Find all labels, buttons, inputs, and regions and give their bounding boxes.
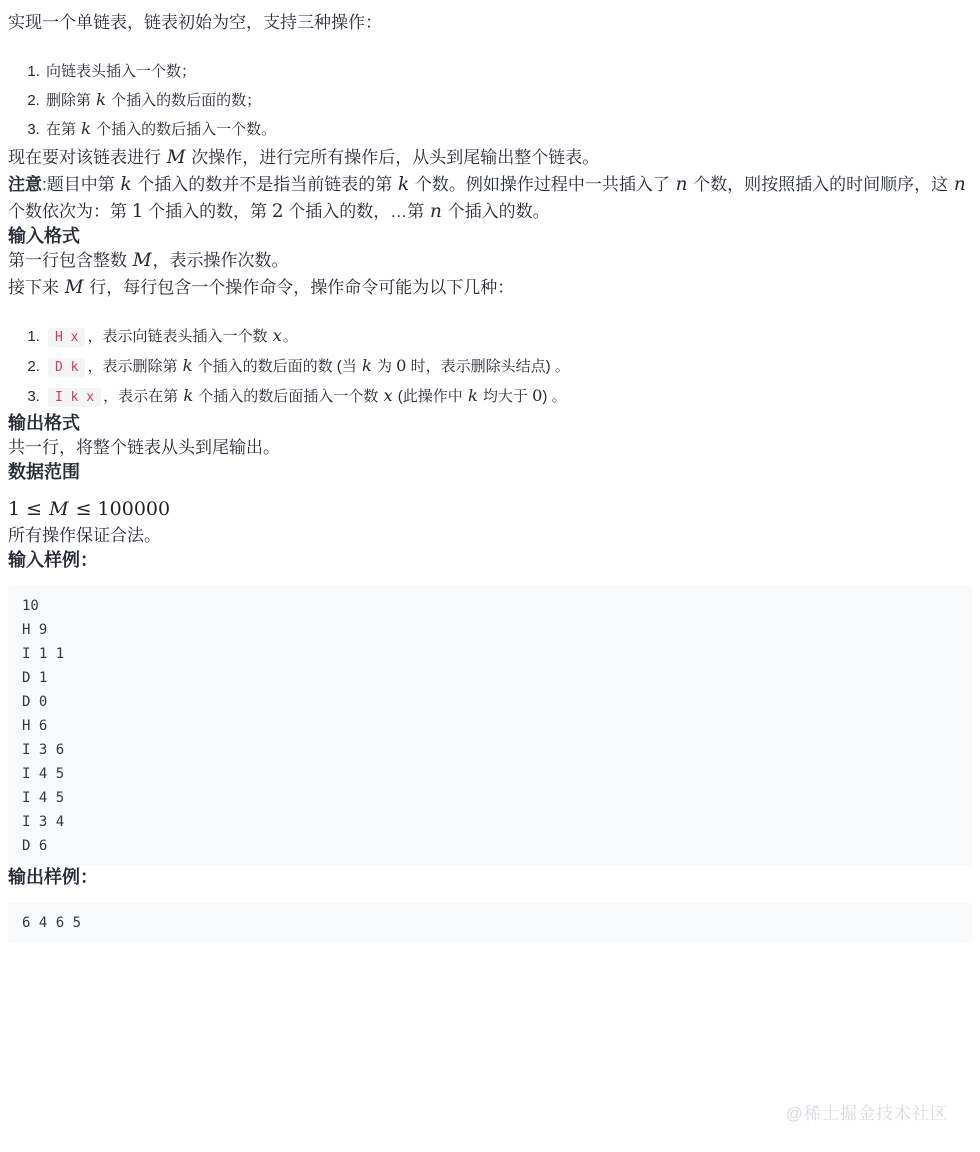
data-range-formula: 1 ≤ M ≤ 100000 [8,496,972,522]
math-numeral: 0 [396,356,406,375]
math-variable: M [64,277,85,298]
juejin-watermark: @稀土掘金技术社区 [786,1099,948,1124]
operations-list-item-1: 向链表头插入一个数； [44,58,972,86]
first-line-paragraph: 第一行包含整数 M，表示操作次数。 [8,247,972,274]
math-variable: n [953,174,967,195]
heading-output-format: 输出格式 [8,412,972,434]
commands-list-item-1: H x，表示向链表头插入一个数 x。 [44,322,972,352]
math-variable: k [95,90,107,109]
heading-input-sample: 输入样例： [8,549,972,571]
math-numeral: ≤ 100000 [70,498,171,520]
math-variable: k [397,174,410,195]
heading-input-format: 输入格式 [8,225,972,247]
input-sample-code: 10 H 9 I 1 1 D 1 D 0 H 6 I 3 6 I 4 5 I 4… [22,594,958,858]
note-paragraph: 注意:题目中第 k 个插入的数并不是指当前链表的第 k 个数。例如操作过程中一共… [8,171,972,225]
operations-list-item-2: 删除第 k 个插入的数后面的数； [44,86,972,115]
math-variable: M [48,498,69,520]
math-numeral: 0 [532,386,542,405]
bold-text: 注意 [8,175,42,194]
operations-list: 向链表头插入一个数； 删除第 k 个插入的数后面的数； 在第 k 个插入的数后插… [8,58,972,144]
heading-data-range: 数据范围 [8,461,972,483]
math-variable: k [182,386,194,405]
operations-list-item-3: 在第 k 个插入的数后插入一个数。 [44,115,972,144]
input-sample-block: 10 H 9 I 1 1 D 1 D 0 H 6 I 3 6 I 4 5 I 4… [8,586,972,866]
next-lines-paragraph: 接下来 M 行，每行包含一个操作命令，操作命令可能为以下几种： [8,274,972,301]
math-variable: k [467,386,479,405]
inline-code: H x [48,328,85,347]
math-variable: M [166,147,187,168]
problem-article: 实现一个单链表，链表初始为空，支持三种操作： 向链表头插入一个数； 删除第 k … [0,0,980,1152]
valid-paragraph: 所有操作保证合法。 [8,522,972,549]
commands-list-item-2: D k，表示删除第 k 个插入的数后面的数 (当 k 为 0 时，表示删除头结点… [44,352,972,382]
output-sample-block: 6 4 6 5 [8,903,972,943]
math-variable: n [675,174,689,195]
math-variable: k [361,356,373,375]
commands-list-item-3: I k x，表示在第 k 个插入的数后面插入一个数 x (此操作中 k 均大于 … [44,382,972,412]
math-variable: M [132,250,153,271]
math-variable: x [272,326,283,345]
math-variable: n [429,201,443,222]
m-operations-paragraph: 现在要对该链表进行 M 次操作，进行完所有操作后，从头到尾输出整个链表。 [8,144,972,171]
math-variable: k [182,356,194,375]
math-numeral: 2 [272,201,284,222]
math-variable: k [119,174,132,195]
inline-code: D k [48,358,85,377]
output-sample-code: 6 4 6 5 [22,911,958,935]
math-variable: k [80,119,92,138]
math-variable: x [382,386,393,405]
math-numeral: 1 [132,201,144,222]
output-desc-paragraph: 共一行，将整个链表从头到尾输出。 [8,434,972,461]
intro-paragraph: 实现一个单链表，链表初始为空，支持三种操作： [8,9,972,36]
commands-list: H x，表示向链表头插入一个数 x。 D k，表示删除第 k 个插入的数后面的数… [8,322,972,412]
math-numeral: 1 ≤ [8,498,48,520]
inline-code: I k x [48,388,101,407]
heading-output-sample: 输出样例： [8,866,972,888]
